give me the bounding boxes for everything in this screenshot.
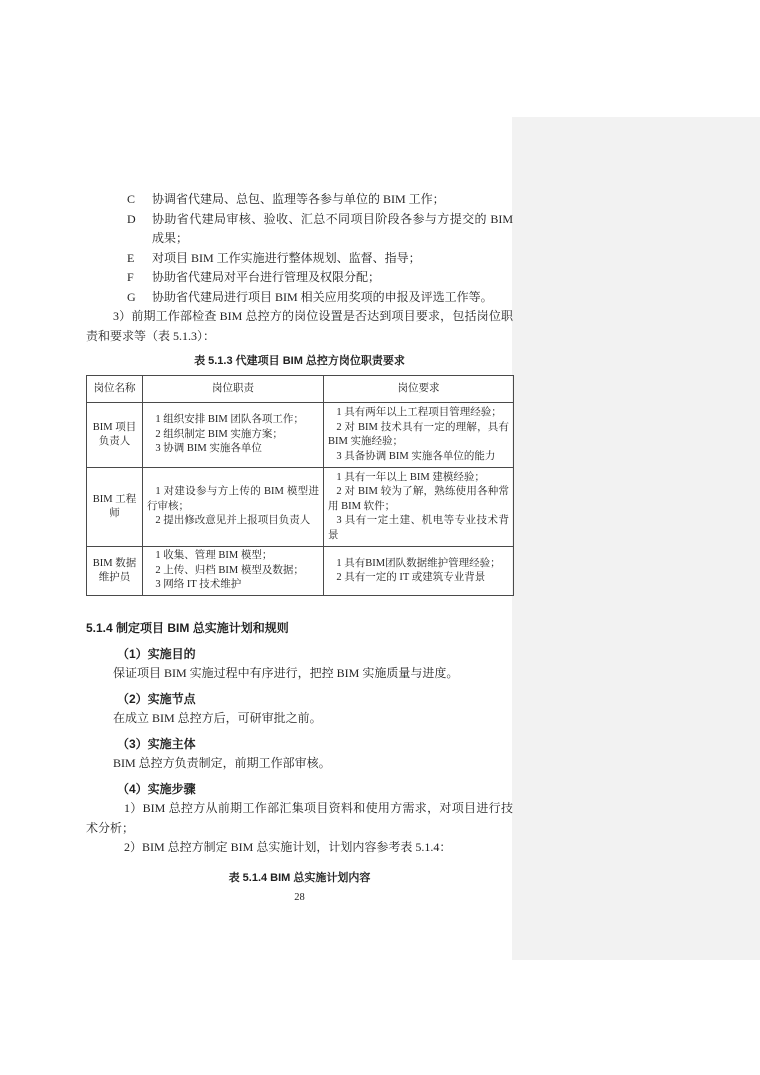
list-item-letter: E [127,249,134,269]
table-513: 岗位名称 岗位职责 岗位要求 BIM 项目负责人 1 组织安排 BIM 团队各项… [86,375,514,596]
list-item-text: 协助省代建局审核、验收、汇总不同项目阶段各参与方提交的 BIM 成果； [152,212,513,246]
duty-item: 1 组织安排 BIM 团队各项工作； [147,413,319,428]
subsection-2-heading: （2）实施节点 [86,690,513,710]
requirement-item: 3 具有一定土建、机电等专业技术背景 [328,514,509,543]
list-item-letter: G [127,288,136,308]
list-item-letter: C [127,190,135,210]
requirement-item: 2 具有一定的 IT 或建筑专业背景 [328,571,509,586]
header-position-name: 岗位名称 [87,376,143,403]
position-name-cell: BIM 项目负责人 [87,403,143,468]
step-2-text: 2）BIM 总控方制定 BIM 总实施计划，计划内容参考表 5.1.4： [86,838,513,858]
requirement-item: 1 具有两年以上工程项目管理经验； [328,406,509,421]
duty-item: 1 对建设参与方上传的 BIM 模型进行审核； [147,485,319,514]
header-position-duties: 岗位职责 [143,376,324,403]
paragraph-check-positions: 3）前期工作部检查 BIM 总控方的岗位设置是否达到项目要求，包括岗位职责和要求… [86,307,513,346]
lettered-list: C 协调省代建局、总包、监理等各参与单位的 BIM 工作； D 协助省代建局审核… [86,190,513,307]
list-item: F 协助省代建局对平台进行管理及权限分配； [86,268,513,288]
list-item: D 协助省代建局审核、验收、汇总不同项目阶段各参与方提交的 BIM 成果； [86,210,513,249]
list-item-letter: F [127,268,134,288]
list-item-text: 协调省代建局、总包、监理等各参与单位的 BIM 工作； [152,192,445,206]
list-item: E 对项目 BIM 工作实施进行整体规划、监督、指导； [86,249,513,269]
list-item: G 协助省代建局进行项目 BIM 相关应用奖项的申报及评选工作等。 [86,288,513,308]
list-item: C 协调省代建局、总包、监理等各参与单位的 BIM 工作； [86,190,513,210]
requirement-item: 1 具有BIM团队数据维护管理经验； [328,557,509,572]
document-page-content: C 协调省代建局、总包、监理等各参与单位的 BIM 工作； D 协助省代建局审核… [86,0,513,905]
subsection-1-heading: （1）实施目的 [86,645,513,665]
table-513-caption: 表 5.1.3 代建项目 BIM 总控方岗位职责要求 [86,353,513,369]
requirements-cell: 1 具有两年以上工程项目管理经验； 2 对 BIM 技术具有一定的理解，具有 B… [324,403,514,468]
requirement-item: 2 对 BIM 技术具有一定的理解，具有 BIM 实施经验； [328,421,509,450]
table-row: BIM 数据维护员 1 收集、管理 BIM 模型； 2 上传、归档 BIM 模型… [87,547,514,596]
subsection-2-body: 在成立 BIM 总控方后，可研审批之前。 [86,709,513,729]
side-gray-panel [512,117,760,960]
requirements-cell: 1 具有BIM团队数据维护管理经验； 2 具有一定的 IT 或建筑专业背景 [324,547,514,596]
list-item-text: 协助省代建局对平台进行管理及权限分配； [152,270,380,284]
duty-item: 1 收集、管理 BIM 模型； [147,549,319,564]
section-514-heading: 5.1.4 制定项目 BIM 总实施计划和规则 [86,619,513,639]
duty-item: 2 提出修改意见并上报项目负责人 [147,514,319,529]
position-name-cell: BIM 工程师 [87,468,143,547]
page-number: 28 [86,890,513,905]
list-item-letter: D [127,210,136,230]
subsection-4-heading: （4）实施步骤 [86,780,513,800]
subsection-1-body: 保证项目 BIM 实施过程中有序进行，把控 BIM 实施质量与进度。 [86,664,513,684]
duties-cell: 1 对建设参与方上传的 BIM 模型进行审核； 2 提出修改意见并上报项目负责人 [143,468,324,547]
position-name-cell: BIM 数据维护员 [87,547,143,596]
requirements-cell: 1 具有一年以上 BIM 建模经验； 2 对 BIM 较为了解，熟练使用各种常用… [324,468,514,547]
requirement-item: 2 对 BIM 较为了解，熟练使用各种常用 BIM 软件； [328,485,509,514]
requirement-item: 3 具备协调 BIM 实施各单位的能力 [328,450,509,465]
duty-item: 3 协调 BIM 实施各单位 [147,442,319,457]
list-item-text: 协助省代建局进行项目 BIM 相关应用奖项的申报及评选工作等。 [152,290,493,304]
subsection-3-heading: （3）实施主体 [86,735,513,755]
subsection-3-body: BIM 总控方负责制定，前期工作部审核。 [86,754,513,774]
table-header-row: 岗位名称 岗位职责 岗位要求 [87,376,514,403]
header-position-requirements: 岗位要求 [324,376,514,403]
duties-cell: 1 组织安排 BIM 团队各项工作； 2 组织制定 BIM 实施方案； 3 协调… [143,403,324,468]
table-514-caption: 表 5.1.4 BIM 总实施计划内容 [86,870,513,886]
list-item-text: 对项目 BIM 工作实施进行整体规划、监督、指导； [152,251,421,265]
duty-item: 3 网络 IT 技术维护 [147,578,319,593]
duty-item: 2 组织制定 BIM 实施方案； [147,428,319,443]
step-1-text: 1）BIM 总控方从前期工作部汇集项目资料和使用方需求，对项目进行技术分析； [86,799,513,838]
requirement-item: 1 具有一年以上 BIM 建模经验； [328,471,509,486]
table-row: BIM 工程师 1 对建设参与方上传的 BIM 模型进行审核； 2 提出修改意见… [87,468,514,547]
duty-item: 2 上传、归档 BIM 模型及数据； [147,564,319,579]
table-row: BIM 项目负责人 1 组织安排 BIM 团队各项工作； 2 组织制定 BIM … [87,403,514,468]
duties-cell: 1 收集、管理 BIM 模型； 2 上传、归档 BIM 模型及数据； 3 网络 … [143,547,324,596]
